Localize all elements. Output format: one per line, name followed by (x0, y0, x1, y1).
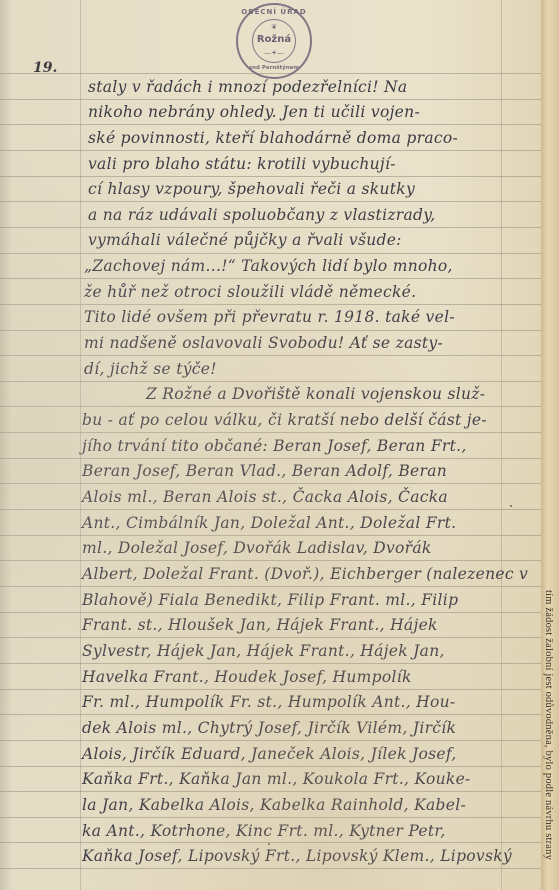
ruled-line (0, 124, 541, 125)
ruled-line (0, 740, 541, 741)
text-line: jího trvání tito občané: Beran Josef, Be… (82, 437, 467, 455)
text-line: Havelka Frant., Houdek Josef, Humpolík (82, 668, 412, 686)
text-line: Beran Josef, Beran Vlad., Beran Adolf, B… (82, 462, 447, 480)
ruled-line (0, 842, 541, 843)
ruled-line (0, 355, 541, 356)
ruled-line (0, 432, 541, 433)
text-line: Alois ml., Beran Alois st., Čacka Alois,… (82, 488, 448, 506)
text-line: vymáhali válečné půjčky a řvali všude: (88, 231, 402, 249)
text-line: „Zachovej nám...!“ Takových lidí bylo mn… (84, 257, 453, 275)
ruled-line (0, 509, 541, 510)
text-line: Ant., Cimbálník Jan, Doležal Ant., Dolež… (82, 514, 456, 532)
ruled-line (0, 689, 541, 690)
text-line: Albert, Doležal Frant. (Dvoř.), Eichberg… (82, 565, 528, 583)
text-line: Z Rožné a Dvořiště konali vojenskou služ… (146, 385, 485, 403)
text-line: Blahově) Fiala Benedikt, Filip Frant. ml… (82, 591, 458, 609)
stamp-top-text: OBECNÍ ÚŘAD (238, 8, 310, 16)
ruled-line (0, 791, 541, 792)
ruled-line (0, 586, 541, 587)
municipal-office-stamp: OBECNÍ ÚŘAD ❦ Rožná —✦— snd Pernštýnem (236, 3, 312, 79)
ruled-line (0, 560, 541, 561)
text-line: že hůř než otroci sloužili vládě německé… (84, 283, 416, 301)
page-left-edge-shadow (0, 0, 12, 890)
text-line: Frant. st., Hloušek Jan, Hájek Frant., H… (82, 616, 438, 634)
stamp-bottom-text: snd Pernštýnem (238, 65, 310, 71)
text-line: dí, jichž se týče! (84, 360, 217, 378)
ink-speck (268, 843, 270, 845)
ruled-line (0, 714, 541, 715)
text-line: Tito lidé ovšem při převratu r. 1918. ta… (84, 308, 455, 326)
text-line: la Jan, Kabelka Alois, Kabelka Rainhold,… (82, 796, 466, 814)
ruled-line (0, 817, 541, 818)
text-line: ml., Doležal Josef, Dvořák Ladislav, Dvo… (82, 539, 432, 557)
ruled-line (0, 201, 541, 202)
ruled-line (0, 278, 541, 279)
ruled-line (0, 868, 541, 869)
adjacent-page-printed-text: tím žádost žalobní jest odůvodněna, bylo… (543, 590, 554, 860)
ruled-line (0, 381, 541, 382)
ruled-line (0, 304, 541, 305)
text-line: cí hlasy vzpoury, špehovali řeči a skutk… (88, 180, 415, 198)
ruled-line (0, 766, 541, 767)
ruled-line (0, 406, 541, 407)
ink-speck (510, 505, 512, 507)
text-line: ka Ant., Kotrhone, Kinc Frt. ml., Kytner… (82, 822, 446, 840)
ruled-line (0, 612, 541, 613)
ruled-line (0, 663, 541, 664)
ruled-line (0, 535, 541, 536)
ruled-line (0, 150, 541, 151)
text-line: nikoho nebrány ohledy. Jen ti učili voje… (88, 103, 420, 121)
ruled-line (0, 227, 541, 228)
text-line: Alois, Jirčík Eduard, Janeček Alois, Jíl… (82, 745, 457, 763)
text-line: Fr. ml., Humpolík Fr. st., Humpolík Ant.… (82, 693, 455, 711)
stamp-center-text: Rožná (238, 34, 310, 45)
page-number: 19. (33, 60, 57, 76)
document-page: 19. OBECNÍ ÚŘAD ❦ Rožná —✦— snd Pernštýn… (0, 0, 541, 890)
right-margin-line (501, 0, 502, 890)
text-line: dek Alois ml., Chytrý Josef, Jirčík Vilé… (82, 719, 456, 737)
stamp-ornament-top-icon: ❦ (238, 23, 310, 31)
ruled-line (0, 253, 541, 254)
ruled-line (0, 637, 541, 638)
text-line: a na ráz udávali spoluobčany z vlastizra… (88, 206, 436, 224)
text-line: bu - ať po celou válku, či kratší nebo d… (82, 411, 487, 429)
text-line: staly v řadách i mnozí podezřelníci! Na (88, 78, 407, 96)
ruled-line (0, 458, 541, 459)
left-margin-line (80, 0, 81, 890)
text-line: Kaňka Josef, Lipovský Frt., Lipovský Kle… (82, 847, 512, 865)
ruled-line (0, 330, 541, 331)
ruled-line (0, 176, 541, 177)
ruled-line (0, 483, 541, 484)
text-line: ské povinnosti, kteří blahodárně doma pr… (88, 129, 458, 147)
text-line: Kaňka Frt., Kaňka Jan ml., Koukola Frt.,… (82, 770, 471, 788)
text-line: mi nadšeně oslavovali Svobodu! Ať se zas… (84, 334, 443, 352)
stamp-ornament-bottom-icon: —✦— (238, 49, 310, 57)
text-line: Sylvestr, Hájek Jan, Hájek Frant., Hájek… (82, 642, 445, 660)
ruled-line (0, 99, 541, 100)
text-line: vali pro blaho státu: krotili vybuchují- (88, 155, 396, 173)
